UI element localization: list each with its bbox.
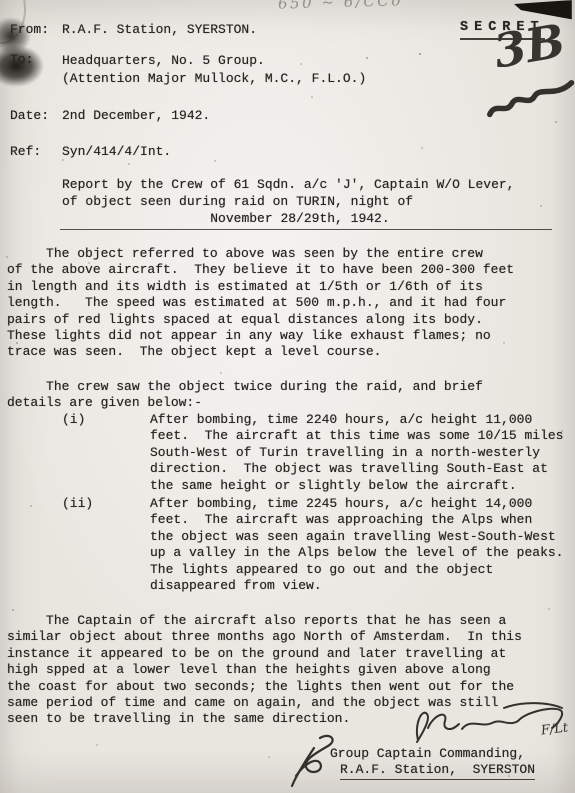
- list-item-i-marker: (i): [62, 412, 85, 428]
- signature-rank-note: F/Lt: [540, 720, 569, 740]
- list-item-ii-text: After bombing, time 2245 hours, a/c heig…: [150, 496, 563, 594]
- paragraph-sightings-intro: The crew saw the object twice during the…: [7, 379, 483, 412]
- list-item-ii-marker: (ii): [62, 496, 93, 512]
- ref-label: Ref:: [10, 144, 41, 160]
- pen-scribble-mark: [482, 73, 575, 123]
- from-label: From:: [10, 22, 49, 38]
- paragraph-object-description: The object referred to above was seen by…: [7, 246, 514, 361]
- title-underline: [60, 229, 552, 230]
- signature-title-line: Group Captain Commanding,: [330, 746, 525, 762]
- date-label: Date:: [10, 108, 49, 124]
- to-value: Headquarters, No. 5 Group. (Attention Ma…: [62, 52, 366, 88]
- ref-value: Syn/414/4/Int.: [62, 144, 171, 160]
- date-value: 2nd December, 1942.: [62, 108, 210, 124]
- signature-station-line: R.A.F. Station, SYERSTON: [340, 762, 535, 780]
- to-label: To:: [10, 52, 33, 68]
- from-value: R.A.F. Station, SYERSTON.: [62, 22, 257, 38]
- list-item-i-text: After bombing, time 2240 hours, a/c heig…: [150, 412, 563, 494]
- report-title: Report by the Crew of 61 Sqdn. a/c 'J', …: [62, 177, 514, 227]
- scanned-document-page: 650 ~ 6/CCo SECRET 3B From: R.A.F. Stati…: [0, 0, 575, 793]
- pencil-annotation: 650 ~ 6/CCo: [278, 0, 403, 12]
- handwritten-file-mark-3b: 3B: [493, 32, 566, 60]
- scan-noise-speckles: [0, 0, 2, 2]
